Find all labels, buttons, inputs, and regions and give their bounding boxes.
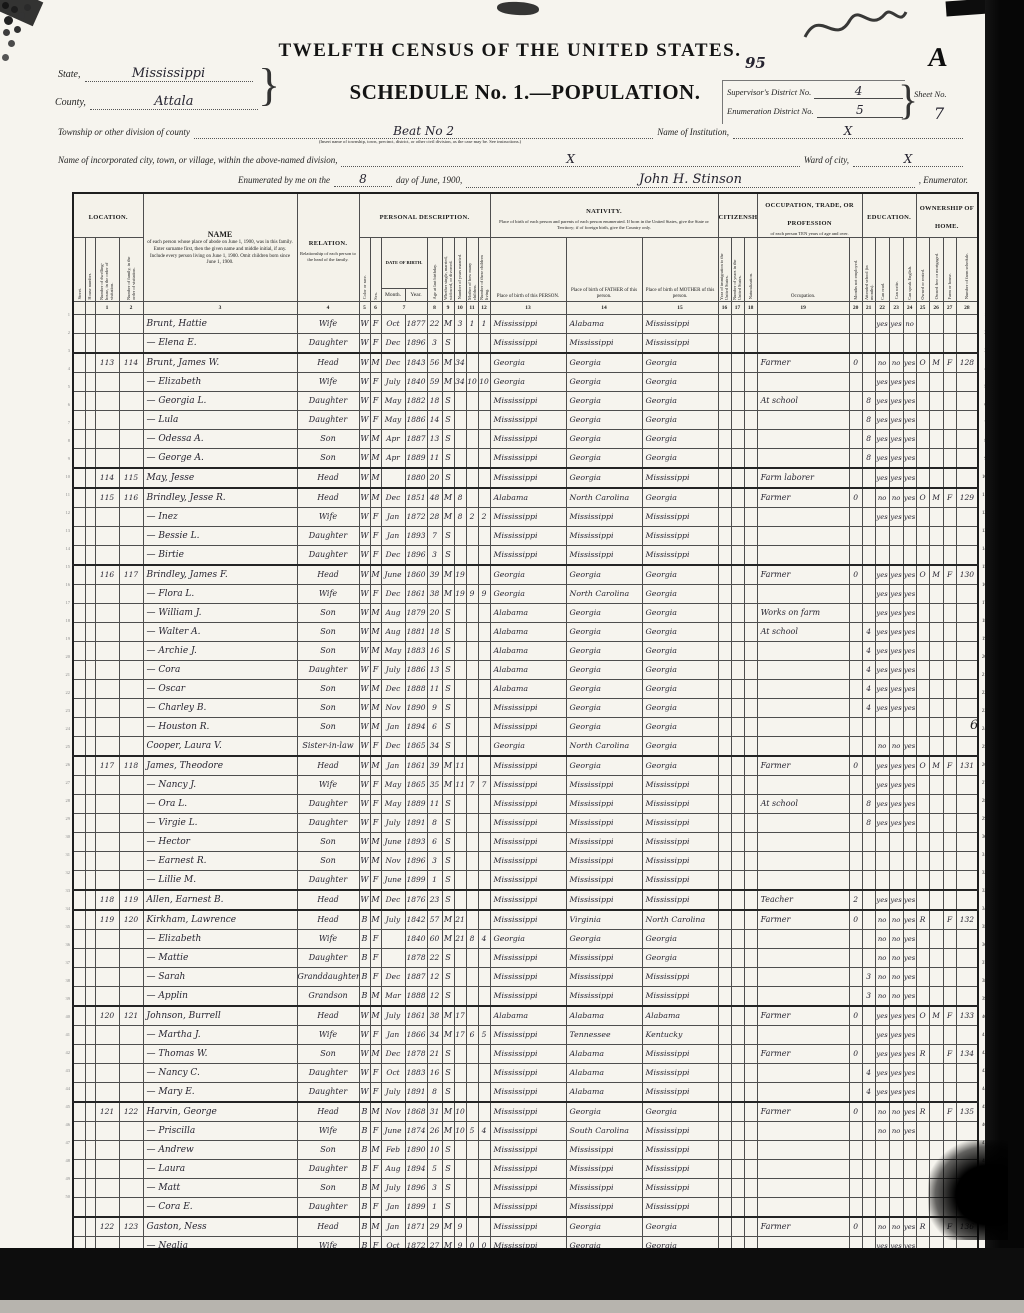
cell-year: 1889: [405, 448, 427, 468]
cell-read: [875, 545, 889, 565]
cell-imm: [718, 1217, 731, 1237]
cell-yrs_us: [731, 1006, 744, 1026]
cell-color: W: [359, 410, 370, 429]
schedule-title: SCHEDULE No. 1.—POPULATION.: [310, 80, 740, 105]
cell-sex: M: [370, 565, 381, 585]
cell-nat: [744, 468, 757, 488]
cell-school: [862, 929, 875, 948]
cell-living: [478, 1082, 490, 1102]
cell-nat: [744, 832, 757, 851]
cell-occupation: [757, 1140, 849, 1159]
cell-house: [85, 622, 95, 641]
cell-owned: [916, 717, 929, 736]
cell-months_unemp: [849, 717, 862, 736]
cell-living: 10: [478, 372, 490, 391]
cell-living: [478, 1102, 490, 1122]
cell-yrs_married: [454, 986, 466, 1006]
cell-months_unemp: [849, 1025, 862, 1044]
cell-street: [73, 1102, 85, 1122]
cell-nat: [744, 794, 757, 813]
cell-fob: Georgia: [566, 679, 642, 698]
cell-color: W: [359, 488, 370, 508]
cell-nat: [744, 391, 757, 410]
cell-sex: M: [370, 603, 381, 622]
cell-pob: Mississippi: [490, 890, 566, 910]
cell-fam: [119, 1082, 143, 1102]
cell-street: [73, 622, 85, 641]
cell-color: W: [359, 890, 370, 910]
cell-street: [73, 1044, 85, 1063]
cell-house: [85, 507, 95, 526]
cell-fam: [119, 870, 143, 890]
cell-months_unemp: [849, 679, 862, 698]
cell-street: [73, 870, 85, 890]
cell-mortgage: [929, 660, 943, 679]
cell-imm: [718, 333, 731, 353]
cell-write: [889, 1178, 903, 1197]
cell-mother_of: [466, 333, 478, 353]
cell-farm_house: [943, 507, 956, 526]
cell-school: 8: [862, 813, 875, 832]
cell-living: [478, 698, 490, 717]
cell-relation: Head: [297, 1217, 359, 1237]
cell-english: [903, 1140, 916, 1159]
cell-yrs_married: [454, 813, 466, 832]
col-group-ownership: OWNERSHIP OF HOME.: [916, 193, 978, 237]
cell-living: [478, 736, 490, 756]
cell-months_unemp: [849, 1140, 862, 1159]
cell-month: June: [381, 1121, 405, 1140]
cell-write: no: [889, 353, 903, 373]
cell-sex: F: [370, 545, 381, 565]
cell-name: James, Theodore: [143, 756, 297, 776]
census-rows: Brunt, HattieWifeWFOct187722M311Mississi…: [73, 314, 978, 1276]
table-header: LOCATION. NAME of each person whose plac…: [73, 193, 978, 314]
cell-relation: Son: [297, 698, 359, 717]
cell-relation: Daughter: [297, 813, 359, 832]
cell-schedule: [956, 775, 978, 794]
cell-months_unemp: 0: [849, 565, 862, 585]
cell-living: [478, 851, 490, 870]
cell-mother_of: [466, 391, 478, 410]
cell-street: [73, 736, 85, 756]
cell-age: 7: [427, 526, 442, 545]
cell-house: [85, 1025, 95, 1044]
table-row: — Walter A.SonWMAug188118SAlabamaGeorgia…: [73, 622, 978, 641]
cell-name: Brunt, James W.: [143, 353, 297, 373]
cell-house: [85, 391, 95, 410]
cell-marital: S: [442, 410, 454, 429]
column-number: 22: [875, 301, 889, 314]
cell-marital: M: [442, 929, 454, 948]
cell-imm: [718, 890, 731, 910]
cell-mortgage: [929, 794, 943, 813]
cell-yrs_married: [454, 698, 466, 717]
cell-read: yes: [875, 698, 889, 717]
cell-fam: [119, 660, 143, 679]
cell-schedule: [956, 391, 978, 410]
cell-name: Harvin, George: [143, 1102, 297, 1122]
cell-fob: Mississippi: [566, 1178, 642, 1197]
cell-mortgage: [929, 775, 943, 794]
cell-schedule: [956, 929, 978, 948]
cell-schedule: [956, 948, 978, 967]
cell-pob: Alabama: [490, 641, 566, 660]
cell-read: [875, 1178, 889, 1197]
cell-street: [73, 679, 85, 698]
cell-color: W: [359, 775, 370, 794]
cell-color: W: [359, 1025, 370, 1044]
cell-school: 4: [862, 1063, 875, 1082]
city-value: X: [341, 152, 799, 167]
table-row: — BirtieDaughterWFDec18963SMississippiMi…: [73, 545, 978, 565]
cell-imm: [718, 603, 731, 622]
cell-write: no: [889, 1217, 903, 1237]
cell-color: W: [359, 1082, 370, 1102]
cell-living: [478, 813, 490, 832]
cell-age: 23: [427, 890, 442, 910]
cell-month: July: [381, 910, 405, 930]
cell-mortgage: [929, 545, 943, 565]
cell-name: — Thomas W.: [143, 1044, 297, 1063]
scan-blotch-bottom-right: [928, 1140, 1008, 1240]
cell-yrs_us: [731, 698, 744, 717]
cell-yrs_us: [731, 851, 744, 870]
cell-color: W: [359, 622, 370, 641]
cell-english: yes: [903, 391, 916, 410]
cell-name: — Mattie: [143, 948, 297, 967]
cell-month: Dec: [381, 679, 405, 698]
cell-mob: Georgia: [642, 717, 718, 736]
census-title: TWELFTH CENSUS OF THE UNITED STATES.: [120, 40, 900, 62]
cell-read: yes: [875, 622, 889, 641]
cell-house: [85, 488, 95, 508]
col-sex: Sex.: [370, 237, 381, 301]
cell-house: [85, 1082, 95, 1102]
cell-year: 1899: [405, 1197, 427, 1217]
cell-age: 59: [427, 372, 442, 391]
cell-marital: S: [442, 1178, 454, 1197]
cell-school: [862, 832, 875, 851]
cell-mother_of: [466, 1217, 478, 1237]
cell-english: yes: [903, 603, 916, 622]
cell-read: yes: [875, 391, 889, 410]
cell-nat: [744, 1121, 757, 1140]
cell-relation: Son: [297, 851, 359, 870]
cell-mob: Mississippi: [642, 526, 718, 545]
cell-owned: [916, 526, 929, 545]
cell-yrs_married: [454, 1140, 466, 1159]
cell-months_unemp: [849, 870, 862, 890]
cell-street: [73, 775, 85, 794]
cell-living: [478, 603, 490, 622]
cell-house: [85, 1217, 95, 1237]
cell-write: yes: [889, 410, 903, 429]
cell-yrs_us: [731, 890, 744, 910]
line-number: 19: [60, 630, 70, 648]
cell-dw: [95, 1082, 119, 1102]
cell-yrs_us: [731, 372, 744, 391]
cell-imm: [718, 756, 731, 776]
cell-farm_house: [943, 967, 956, 986]
cell-yrs_us: [731, 794, 744, 813]
cell-age: 20: [427, 468, 442, 488]
cell-yrs_married: 9: [454, 1217, 466, 1237]
cell-mob: Mississippi: [642, 813, 718, 832]
cell-street: [73, 660, 85, 679]
cell-pob: Georgia: [490, 736, 566, 756]
cell-marital: S: [442, 948, 454, 967]
cell-yrs_us: [731, 736, 744, 756]
enumeration-date-label: day of June, 1900,: [396, 175, 462, 185]
cell-yrs_married: 19: [454, 584, 466, 603]
cell-mob: Mississippi: [642, 1082, 718, 1102]
cell-imm: [718, 1082, 731, 1102]
cell-owned: [916, 890, 929, 910]
cell-month: Jan: [381, 1217, 405, 1237]
cell-color: W: [359, 448, 370, 468]
cell-name: — Cora E.: [143, 1197, 297, 1217]
cell-month: May: [381, 775, 405, 794]
column-number: 15: [642, 301, 718, 314]
cell-fob: Mississippi: [566, 832, 642, 851]
cell-mother_of: [466, 488, 478, 508]
cell-farm_house: [943, 391, 956, 410]
cell-owned: R: [916, 1102, 929, 1122]
cell-fam: [119, 429, 143, 448]
cell-occupation: [757, 660, 849, 679]
cell-mob: Georgia: [642, 641, 718, 660]
enumeration-district-label: Enumeration District No.: [727, 106, 814, 116]
cell-schedule: [956, 698, 978, 717]
cell-occupation: [757, 1178, 849, 1197]
cell-name: — Earnest R.: [143, 851, 297, 870]
cell-owned: [916, 813, 929, 832]
cell-dw: [95, 1140, 119, 1159]
cell-living: [478, 967, 490, 986]
supervisor-district-value: 4: [814, 84, 903, 99]
cell-relation: Wife: [297, 584, 359, 603]
cell-farm_house: [943, 851, 956, 870]
cell-mortgage: [929, 986, 943, 1006]
cell-schedule: [956, 1025, 978, 1044]
cell-occupation: [757, 1025, 849, 1044]
cell-school: 4: [862, 641, 875, 660]
cell-age: 35: [427, 775, 442, 794]
cell-mob: Georgia: [642, 929, 718, 948]
cell-street: [73, 986, 85, 1006]
cell-mother_of: [466, 851, 478, 870]
cell-owned: [916, 1082, 929, 1102]
cell-marital: S: [442, 851, 454, 870]
scan-speckles: [2, 2, 9, 9]
cell-yrs_us: [731, 603, 744, 622]
cell-mother_of: [466, 870, 478, 890]
cell-yrs_us: [731, 660, 744, 679]
table-row: — LulaDaughterWFMay188614SMississippiGeo…: [73, 410, 978, 429]
cell-age: 3: [427, 1178, 442, 1197]
line-number: 34: [60, 900, 70, 918]
scan-band-right: [985, 0, 1024, 1313]
cell-mother_of: [466, 565, 478, 585]
cell-occupation: Teacher: [757, 890, 849, 910]
cell-age: 14: [427, 410, 442, 429]
cell-living: [478, 641, 490, 660]
line-number: 25: [60, 738, 70, 756]
cell-school: [862, 1044, 875, 1063]
cell-schedule: [956, 870, 978, 890]
cell-read: yes: [875, 372, 889, 391]
cell-street: [73, 1121, 85, 1140]
cell-write: yes: [889, 1025, 903, 1044]
cell-fam: [119, 1178, 143, 1197]
cell-pob: Mississippi: [490, 1102, 566, 1122]
cell-farm_house: [943, 429, 956, 448]
cell-sex: F: [370, 333, 381, 353]
column-number: 13: [490, 301, 566, 314]
cell-fam: [119, 448, 143, 468]
cell-school: 3: [862, 986, 875, 1006]
line-number: 27: [60, 774, 70, 792]
cell-occupation: [757, 775, 849, 794]
column-number: 20: [849, 301, 862, 314]
cell-relation: Son: [297, 717, 359, 736]
cell-relation: Head: [297, 565, 359, 585]
cell-living: [478, 794, 490, 813]
column-number: 17: [731, 301, 744, 314]
table-row: — Charley B.SonWMNov18909SMississippiGeo…: [73, 698, 978, 717]
cell-sex: F: [370, 507, 381, 526]
state-label: State,: [58, 69, 81, 80]
cell-fob: Georgia: [566, 929, 642, 948]
table-row: 113114Brunt, James W.HeadWMDec184356M34G…: [73, 353, 978, 373]
cell-fob: Mississippi: [566, 890, 642, 910]
cell-fam: [119, 622, 143, 641]
cell-occupation: [757, 372, 849, 391]
cell-english: yes: [903, 736, 916, 756]
cell-house: [85, 890, 95, 910]
cell-mother_of: [466, 986, 478, 1006]
cell-read: yes: [875, 314, 889, 333]
cell-house: [85, 1063, 95, 1082]
cell-school: [862, 314, 875, 333]
cell-dw: [95, 448, 119, 468]
cell-months_unemp: [849, 507, 862, 526]
cell-months_unemp: [849, 448, 862, 468]
table-row: — SarahGranddaughterBFDec188712SMississi…: [73, 967, 978, 986]
cell-owned: [916, 1025, 929, 1044]
cell-nat: [744, 1159, 757, 1178]
cell-months_unemp: [849, 832, 862, 851]
cell-yrs_married: [454, 948, 466, 967]
column-number: 8: [427, 301, 442, 314]
cell-house: [85, 813, 95, 832]
cell-write: yes: [889, 584, 903, 603]
cell-nat: [744, 851, 757, 870]
cell-occupation: [757, 1082, 849, 1102]
col-birthplace-father: Place of birth of FATHER of this person.: [566, 237, 642, 301]
cell-color: W: [359, 429, 370, 448]
cell-relation: Daughter: [297, 545, 359, 565]
cell-month: Jan: [381, 756, 405, 776]
cell-mob: Georgia: [642, 448, 718, 468]
col-owned-rented: Owned or rented.: [916, 237, 929, 301]
cell-house: [85, 948, 95, 967]
column-number: 9: [442, 301, 454, 314]
cell-year: 1894: [405, 717, 427, 736]
enumerator-label: , Enumerator.: [919, 175, 968, 185]
col-farm-schedule: Number of farm schedule.: [956, 237, 978, 301]
cell-pob: Mississippi: [490, 851, 566, 870]
cell-marital: S: [442, 660, 454, 679]
col-immigration-year: Year of immigration to the United States…: [718, 237, 731, 301]
cell-marital: M: [442, 1006, 454, 1026]
cell-imm: [718, 1044, 731, 1063]
cell-street: [73, 851, 85, 870]
cell-year: 1888: [405, 679, 427, 698]
col-group-occupation: OCCUPATION, TRADE, OR PROFESSION of each…: [757, 193, 862, 237]
cell-occupation: Farm laborer: [757, 468, 849, 488]
cell-nat: [744, 526, 757, 545]
cell-mother_of: 7: [466, 775, 478, 794]
cell-street: [73, 967, 85, 986]
cell-yrs_married: [454, 717, 466, 736]
township-value: Beat No 2: [194, 124, 653, 139]
cell-year: 1843: [405, 353, 427, 373]
cell-nat: [744, 1178, 757, 1197]
table-row: — LauraDaughterBFAug18945SMississippiMis…: [73, 1159, 978, 1178]
cell-farm_house: [943, 660, 956, 679]
column-number-row: 1234567891011121314151617181920212223242…: [73, 301, 978, 314]
cell-months_unemp: 0: [849, 910, 862, 930]
cell-yrs_us: [731, 1044, 744, 1063]
cell-school: 4: [862, 679, 875, 698]
cell-months_unemp: 0: [849, 353, 862, 373]
cell-fob: Mississippi: [566, 1197, 642, 1217]
cell-color: B: [359, 1197, 370, 1217]
cell-year: 1878: [405, 1044, 427, 1063]
cell-write: [889, 1159, 903, 1178]
cell-dw: [95, 391, 119, 410]
cell-school: 8: [862, 410, 875, 429]
cell-sex: F: [370, 314, 381, 333]
cell-months_unemp: [849, 948, 862, 967]
cell-year: 1840: [405, 372, 427, 391]
table-row: — Houston R.SonWMJan18946SMississippiGeo…: [73, 717, 978, 736]
cell-year: 1865: [405, 775, 427, 794]
cell-mob: Mississippi: [642, 870, 718, 890]
cell-dw: [95, 603, 119, 622]
cell-relation: Daughter: [297, 870, 359, 890]
cell-fam: 115: [119, 468, 143, 488]
cell-name: — Nancy C.: [143, 1063, 297, 1082]
cell-english: yes: [903, 1063, 916, 1082]
cell-house: [85, 660, 95, 679]
cell-dw: [95, 736, 119, 756]
table-row: 115116Brindley, Jesse R.HeadWMDec185148M…: [73, 488, 978, 508]
cell-imm: [718, 1063, 731, 1082]
cell-english: yes: [903, 929, 916, 948]
cell-english: [903, 333, 916, 353]
cell-owned: [916, 1121, 929, 1140]
cell-fam: [119, 794, 143, 813]
cell-pob: Mississippi: [490, 775, 566, 794]
cell-farm_house: [943, 1063, 956, 1082]
cell-fam: [119, 813, 143, 832]
col-marital-status: Whether single, married, widowed, or div…: [442, 237, 454, 301]
cell-color: B: [359, 1102, 370, 1122]
cell-relation: Daughter: [297, 660, 359, 679]
